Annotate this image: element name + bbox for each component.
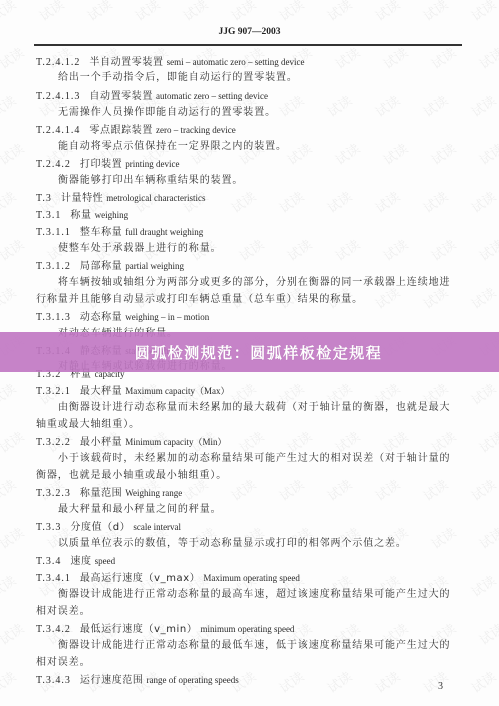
watermark-text: 试读 bbox=[419, 666, 451, 696]
watermark-text: 试读 bbox=[427, 42, 459, 72]
watermark-text: 试读 bbox=[83, 0, 115, 25]
watermark-text: 试读 bbox=[331, 42, 363, 72]
clause-heading: T.3.4.2最低运行速度（v_min）minimum operating sp… bbox=[36, 622, 294, 637]
watermark-text: 试读 bbox=[467, 570, 499, 600]
clause-text: 给出一个手动指令后，即能自动运行的置零装置。 bbox=[58, 71, 298, 85]
clause-heading: T.3.1.3动态称量weighing – in – motion bbox=[36, 310, 209, 325]
watermark-text: 试读 bbox=[371, 90, 403, 120]
watermark-text: 试读 bbox=[419, 186, 451, 216]
watermark-text: 试读 bbox=[331, 138, 363, 168]
watermark-text: 试读 bbox=[227, 186, 259, 216]
watermark-text: 试读 bbox=[419, 90, 451, 120]
watermark-text: 试读 bbox=[0, 426, 27, 456]
watermark-text: 试读 bbox=[35, 0, 67, 25]
watermark-text: 试读 bbox=[0, 378, 19, 408]
watermark-text: 试读 bbox=[0, 90, 19, 120]
watermark-text: 试读 bbox=[323, 474, 355, 504]
watermark-text: 试读 bbox=[475, 618, 499, 648]
clause-text: 相对误差。 bbox=[36, 605, 91, 619]
clause-text: 无需操作人员操作即能自动运行的置零装置。 bbox=[58, 106, 276, 120]
watermark-text: 试读 bbox=[467, 90, 499, 120]
clause-text: 使整车处于承载器上进行的称量。 bbox=[58, 242, 222, 256]
watermark-text: 试读 bbox=[379, 234, 411, 264]
watermark-text: 试读 bbox=[467, 0, 499, 25]
watermark-text: 试读 bbox=[323, 666, 355, 696]
clause-heading: T.3.1.2局部称量partial weighing bbox=[36, 259, 184, 274]
watermark-text: 试读 bbox=[235, 234, 267, 264]
watermark-text: 试读 bbox=[379, 138, 411, 168]
watermark-text: 试读 bbox=[0, 234, 27, 264]
watermark-text: 试读 bbox=[427, 234, 459, 264]
watermark-text: 试读 bbox=[331, 234, 363, 264]
clause-text: 将车辆按轴或轴组分为两部分或更多的部分，分别在衡器的同一承载器上连续地进 bbox=[58, 276, 450, 290]
clause-text: 最大秤量和最小秤量之间的秤量。 bbox=[58, 503, 222, 517]
clause-text: 衡器能够打印出车辆称重结果的装置。 bbox=[58, 174, 243, 188]
clause-text: 能自动将零点示值保持在一定界限之内的装置。 bbox=[58, 140, 287, 154]
watermark-text: 试读 bbox=[427, 522, 459, 552]
page-number: 3 bbox=[438, 681, 443, 692]
watermark-text: 试读 bbox=[475, 522, 499, 552]
watermark-text: 试读 bbox=[0, 522, 27, 552]
clause-heading: T.3.2.3称量范围Weighing range bbox=[36, 486, 182, 501]
clause-heading: T.3.1称量weighing bbox=[36, 208, 128, 223]
watermark-text: 试读 bbox=[371, 0, 403, 25]
watermark-text: 试读 bbox=[0, 0, 19, 25]
watermark-text: 试读 bbox=[0, 186, 19, 216]
clause-heading: T.3.3分度值（d）scale interval bbox=[36, 520, 181, 535]
watermark-text: 试读 bbox=[283, 138, 315, 168]
watermark-text: 试读 bbox=[475, 42, 499, 72]
clause-heading: T.2.4.1.2半自动置零装置semi – automatic zero – … bbox=[36, 55, 305, 70]
watermark-text: 试读 bbox=[371, 186, 403, 216]
clause-text: 行称量并且能够自动显示或打印车辆总重量（总车重）结果的称量。 bbox=[36, 293, 363, 307]
clause-heading: T.3.4速度speed bbox=[36, 554, 115, 569]
clause-text: 衡器设计成能进行正常动态称量的最低车速，低于该速度称量结果可能产生过大的 bbox=[58, 639, 450, 653]
watermark-text: 试读 bbox=[131, 0, 163, 25]
watermark-text: 试读 bbox=[283, 234, 315, 264]
watermark-text: 试读 bbox=[275, 90, 307, 120]
watermark-text: 试读 bbox=[275, 0, 307, 25]
title-banner: 圆弧检测规范：圆弧样板检定规程 bbox=[0, 332, 499, 372]
watermark-text: 试读 bbox=[0, 42, 27, 72]
clause-heading: T.3.4.3运行速度范围range of operating speeds bbox=[36, 673, 239, 688]
clause-text: 由衡器设计进行动态称量而未经累加的最大载荷（对于轴计量的衡器，也就是最大 bbox=[58, 401, 450, 415]
watermark-text: 试读 bbox=[275, 666, 307, 696]
watermark-text: 试读 bbox=[467, 378, 499, 408]
document-page: 试读试读试读试读试读试读试读试读试读试读试读试读试读试读试读试读试读试读试读试读… bbox=[0, 0, 499, 706]
watermark-text: 试读 bbox=[0, 282, 19, 312]
clause-text: 相对误差。 bbox=[36, 656, 91, 670]
watermark-text: 试读 bbox=[323, 0, 355, 25]
watermark-text: 试读 bbox=[467, 186, 499, 216]
clause-heading: T.3计量特性metrological characteristics bbox=[36, 191, 205, 206]
clause-heading: T.3.4.1最高运行速度（v_max）Maximum operating sp… bbox=[36, 571, 300, 586]
clause-heading: T.3.1.1整车称量full draught weighing bbox=[36, 225, 203, 240]
watermark-text: 试读 bbox=[427, 138, 459, 168]
watermark-text: 试读 bbox=[419, 474, 451, 504]
watermark-text: 试读 bbox=[467, 282, 499, 312]
banner-title: 圆弧检测规范：圆弧样板检定规程 bbox=[135, 342, 383, 363]
watermark-text: 试读 bbox=[0, 618, 27, 648]
watermark-text: 试读 bbox=[0, 474, 19, 504]
watermark-text: 试读 bbox=[475, 138, 499, 168]
watermark-text: 试读 bbox=[323, 90, 355, 120]
watermark-text: 试读 bbox=[227, 474, 259, 504]
watermark-text: 试读 bbox=[179, 0, 211, 25]
watermark-text: 试读 bbox=[379, 42, 411, 72]
clause-text: 衡器，也就是最小轴重或最小轴组重）。 bbox=[36, 469, 227, 483]
watermark-text: 试读 bbox=[0, 666, 19, 696]
watermark-text: 试读 bbox=[275, 474, 307, 504]
clause-heading: T.2.4.1.3自动置零装置automatic zero – setting … bbox=[36, 89, 268, 104]
watermark-text: 试读 bbox=[419, 0, 451, 25]
watermark-text: 试读 bbox=[227, 0, 259, 25]
watermark-text: 试读 bbox=[0, 138, 27, 168]
clause-heading: T.2.4.1.4零点跟踪装置zero – tracking device bbox=[36, 123, 236, 138]
document-header: JJG 907—2003 bbox=[0, 27, 499, 37]
watermark-text: 试读 bbox=[475, 234, 499, 264]
watermark-text: 试读 bbox=[467, 474, 499, 504]
clause-text: 衡器设计成能进行正常动态称量的最高车速，超过该速度称量结果可能产生过大的 bbox=[58, 588, 450, 602]
watermark-text: 试读 bbox=[371, 474, 403, 504]
watermark-text: 试读 bbox=[467, 666, 499, 696]
watermark-text: 试读 bbox=[371, 666, 403, 696]
clause-heading: T.3.2.2最小秤量Minimum capacity（Min） bbox=[36, 435, 227, 450]
clause-text: 小于该载荷时，未经累加的动态称量结果可能产生过大的相对误差（对于轴计量的 bbox=[58, 452, 450, 466]
header-rule bbox=[34, 44, 462, 46]
clause-text: 以质量单位表示的数值，等于动态称量显示或打印的相邻两个示值之差。 bbox=[58, 537, 407, 551]
clause-heading: T.3.2.1最大秤量Maximum capacity（Max） bbox=[36, 384, 230, 399]
watermark-text: 试读 bbox=[323, 186, 355, 216]
watermark-text: 试读 bbox=[475, 426, 499, 456]
clause-text: 轴重或最大轴组重）。 bbox=[36, 418, 140, 432]
watermark-text: 试读 bbox=[0, 570, 19, 600]
clause-heading: T.2.4.2打印装置printing device bbox=[36, 157, 180, 172]
watermark-text: 试读 bbox=[275, 186, 307, 216]
